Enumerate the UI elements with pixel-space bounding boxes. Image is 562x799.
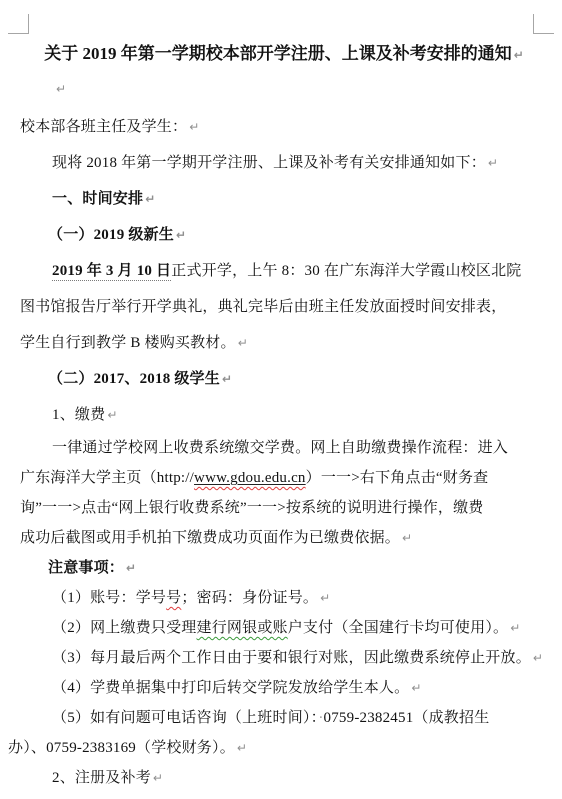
paragraph-mark-icon: ↵ xyxy=(145,192,155,206)
subsection-text: （一）2019 级新生 xyxy=(48,227,174,243)
intro-text: 现将 2018 年第一学期开学注册、上课及补考有关安排通知如下： xyxy=(52,155,486,171)
note2-pre-text: （2）网上缴费只受理 xyxy=(52,620,197,636)
notes-heading-text: 注意事项： xyxy=(48,560,124,576)
paragraph-mark-icon: ↵ xyxy=(510,621,520,635)
paragraph-mark-icon: ↵ xyxy=(402,531,412,545)
item-payment-label: 1、缴费↵ xyxy=(20,397,548,433)
paragraph-mark-icon: ↵ xyxy=(222,372,232,386)
payment-line3-text: 询”一一>点击“网上银行收费系统”一一>按系统的说明进行操作，缴费 xyxy=(20,500,484,516)
paragraph-mark-icon: ↵ xyxy=(238,336,248,350)
payment-line2-post-text: ）一一>右下角点击“财务查 xyxy=(306,470,489,486)
note-1: （1）账号：学号号；密码：身份证号。↵ xyxy=(20,583,548,613)
subsection-text: （二）2017、2018 级学生 xyxy=(48,371,220,387)
lower-section: 一律通过学校网上收费系统缴交学费。网上自助缴费操作流程：进入 广东海洋大学主页（… xyxy=(20,433,548,793)
note5-pre-text: （5）如有问题可电话咨询（上班时间）： xyxy=(52,710,318,726)
paragraph-mark-icon: ↵ xyxy=(488,156,498,170)
item-payment-text: 1、缴费 xyxy=(52,407,105,423)
crop-mark-top-right-icon xyxy=(533,14,554,34)
subsection-2019-freshmen: （一）2019 级新生↵ xyxy=(20,217,548,253)
intro-line: 现将 2018 年第一学期开学注册、上课及补考有关安排通知如下：↵ xyxy=(20,145,548,181)
opening-line1-text: 正式开学，上午 8：30 在广东海洋大学霞山校区北院 xyxy=(171,263,521,279)
document-body: 关于 2019 年第一学期校本部开学注册、上课及补考安排的通知↵ ↵ 校本部各班… xyxy=(20,40,548,793)
payment-para-line3: 询”一一>点击“网上银行收费系统”一一>按系统的说明进行操作，缴费 xyxy=(20,493,548,523)
note1-spellcheck-text: 号 xyxy=(166,590,181,606)
section-heading-time: 一、时间安排↵ xyxy=(20,181,548,217)
salutation-line: 校本部各班主任及学生：↵ xyxy=(20,109,548,145)
note5-phone2-text: 办）、0759-2383169（学校财务）。 xyxy=(8,740,235,756)
upper-section: 校本部各班主任及学生：↵ 现将 2018 年第一学期开学注册、上课及补考有关安排… xyxy=(20,109,548,433)
paragraph-mark-icon: ↵ xyxy=(153,771,163,785)
payment-para-line1: 一律通过学校网上收费系统缴交学费。网上自助缴费操作流程：进入 xyxy=(20,433,548,463)
note-3: （3）每月最后两个工作日由于要和银行对账，因此缴费系统停止开放。↵ xyxy=(20,643,548,673)
section-heading-text: 一、时间安排 xyxy=(52,191,143,207)
empty-paragraph: ↵ xyxy=(20,69,548,109)
paragraph-mark-icon: ↵ xyxy=(56,82,66,96)
payment-line4-text: 成功后截图或用手机拍下缴费成功页面作为已缴费依据。 xyxy=(20,530,400,546)
note2-grammarcheck-text: 建行网银或账 xyxy=(197,620,288,636)
note-5-line2: 办）、0759-2383169（学校财务）。↵ xyxy=(8,733,548,763)
opening-line3-text: 学生自行到教学 B 楼购买教材。 xyxy=(20,335,236,351)
opening-date-emphasis: 2019 年 3 月 10 日 xyxy=(52,263,171,281)
note5-phone1-text: 0759-2382451（成教招生 xyxy=(324,710,490,726)
note1-post-text: ；密码：身份证号。 xyxy=(181,590,318,606)
note-5-line1: （5）如有问题可电话咨询（上班时间）：·0759-2382451（成教招生 xyxy=(20,703,548,733)
paragraph-mark-icon: ↵ xyxy=(320,591,330,605)
item-registration-text: 2、注册及补考 xyxy=(52,770,151,786)
note4-text: （4）学费单据集中打印后转交学院发放给学生本人。 xyxy=(52,680,409,696)
paragraph-mark-icon: ↵ xyxy=(533,651,543,665)
doc-title: 关于 2019 年第一学期校本部开学注册、上课及补考安排的通知↵ xyxy=(20,40,548,69)
paragraph-mark-icon: ↵ xyxy=(411,681,421,695)
payment-line1-text: 一律通过学校网上收费系统缴交学费。网上自助缴费操作流程：进入 xyxy=(52,440,508,456)
note-2: （2）网上缴费只受理建行网银或账户支付（全国建行卡均可使用）。↵ xyxy=(20,613,548,643)
paragraph-mark-icon: ↵ xyxy=(176,228,186,242)
salutation-text: 校本部各班主任及学生： xyxy=(20,119,187,135)
word-document-page: 关于 2019 年第一学期校本部开学注册、上课及补考安排的通知↵ ↵ 校本部各班… xyxy=(0,0,562,799)
payment-para-line2: 广东海洋大学主页（http://www.gdou.edu.cn）一一>右下角点击… xyxy=(20,463,548,493)
gdou-url-link[interactable]: www.gdou.edu.cn xyxy=(194,470,306,486)
crop-mark-top-left-icon xyxy=(8,14,29,34)
subsection-2017-2018: （二）2017、2018 级学生↵ xyxy=(20,361,548,397)
paragraph-mark-icon: ↵ xyxy=(107,408,117,422)
opening-para-line1: 2019 年 3 月 10 日正式开学，上午 8：30 在广东海洋大学霞山校区北… xyxy=(20,253,548,289)
note-4: （4）学费单据集中打印后转交学院发放给学生本人。↵ xyxy=(20,673,548,703)
note1-pre-text: （1）账号：学号 xyxy=(52,590,166,606)
opening-para-line3: 学生自行到教学 B 楼购买教材。↵ xyxy=(20,325,548,361)
item-registration-label: 2、注册及补考↵ xyxy=(20,763,548,793)
opening-para-line2: 图书馆报告厅举行开学典礼，典礼完毕后由班主任发放面授时间安排表， xyxy=(20,289,548,325)
doc-title-text: 关于 2019 年第一学期校本部开学注册、上课及补考安排的通知 xyxy=(44,44,512,63)
notes-heading: 注意事项：↵ xyxy=(20,553,548,583)
paragraph-mark-icon: ↵ xyxy=(237,741,247,755)
note2-post-text: 户支付（全国建行卡均可使用）。 xyxy=(288,620,509,636)
note3-text: （3）每月最后两个工作日由于要和银行对账，因此缴费系统停止开放。 xyxy=(52,650,531,666)
payment-para-line4: 成功后截图或用手机拍下缴费成功页面作为已缴费依据。↵ xyxy=(20,523,548,553)
paragraph-mark-icon: ↵ xyxy=(126,561,136,575)
url-spellcheck-wrap: www.gdou.edu.cn xyxy=(194,470,306,486)
payment-line2-pre-text: 广东海洋大学主页（http:// xyxy=(20,470,194,486)
opening-line2-text: 图书馆报告厅举行开学典礼，典礼完毕后由班主任发放面授时间安排表， xyxy=(20,299,506,315)
paragraph-mark-icon: ↵ xyxy=(189,120,199,134)
paragraph-mark-icon: ↵ xyxy=(514,48,524,62)
